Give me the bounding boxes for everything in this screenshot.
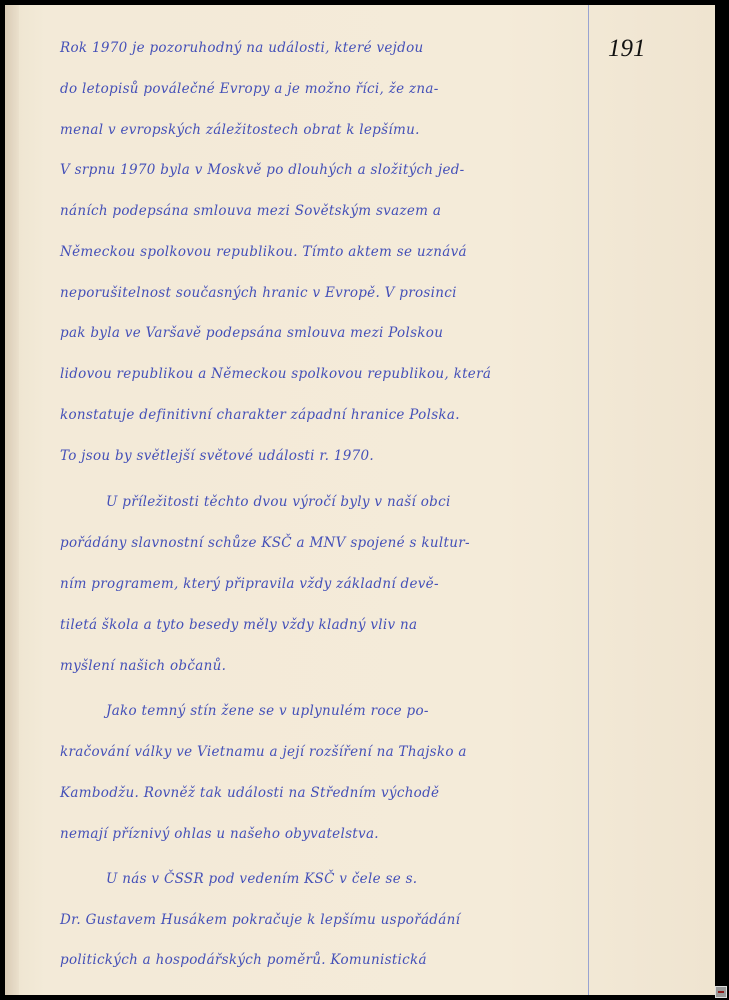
text-line: menal v evropských záležitostech obrat k…	[60, 122, 420, 138]
text-line: Kambodžu. Rovněž tak události na Střední…	[60, 785, 439, 801]
text-line: ním programem, který připravila vždy zák…	[60, 576, 439, 592]
text-line: kračování války ve Vietnamu a její rozší…	[60, 744, 467, 760]
page-binding-edge	[5, 5, 19, 995]
text-line: pořádány slavnostní schůze KSČ a MNV spo…	[60, 535, 470, 551]
text-line: nemají příznivý ohlas u našeho obyvatels…	[60, 826, 379, 842]
text-line: náních podepsána smlouva mezi Sovětským …	[60, 203, 441, 219]
text-line: lidovou republikou a Německou spolkovou …	[60, 366, 491, 382]
text-line: do letopisů poválečné Evropy a je možno …	[60, 81, 439, 97]
resize-handle-icon[interactable]	[715, 986, 727, 998]
page-number: 191	[608, 35, 646, 63]
text-line: Dr. Gustavem Husákem pokračuje k lepšímu…	[60, 912, 460, 928]
text-line: Rok 1970 je pozoruhodný na události, kte…	[60, 40, 424, 56]
text-line: pak byla ve Varšavě podepsána smlouva me…	[60, 325, 443, 341]
margin-line	[588, 5, 589, 995]
text-line: Jako temný stín žene se v uplynulém roce…	[106, 703, 429, 719]
chronicle-page: 191 Rok 1970 je pozoruhodný na události,…	[5, 5, 715, 995]
text-line: myšlení našich občanů.	[60, 658, 226, 674]
text-line: V srpnu 1970 byla v Moskvě po dlouhých a…	[60, 162, 465, 178]
text-line: U příležitosti těchto dvou výročí byly v…	[106, 494, 451, 510]
text-line: konstatuje definitivní charakter západní…	[60, 407, 460, 423]
text-line: Německou spolkovou republikou. Tímto akt…	[60, 244, 467, 260]
text-line: tiletá škola a tyto besedy měly vždy kla…	[60, 617, 417, 633]
text-line: To jsou by světlejší světové události r.…	[60, 448, 374, 464]
text-line: politických a hospodářských poměrů. Komu…	[60, 952, 427, 968]
text-line: U nás v ČSSR pod vedením KSČ v čele se s…	[106, 871, 417, 887]
text-line: neporušitelnost současných hranic v Evro…	[60, 285, 457, 301]
